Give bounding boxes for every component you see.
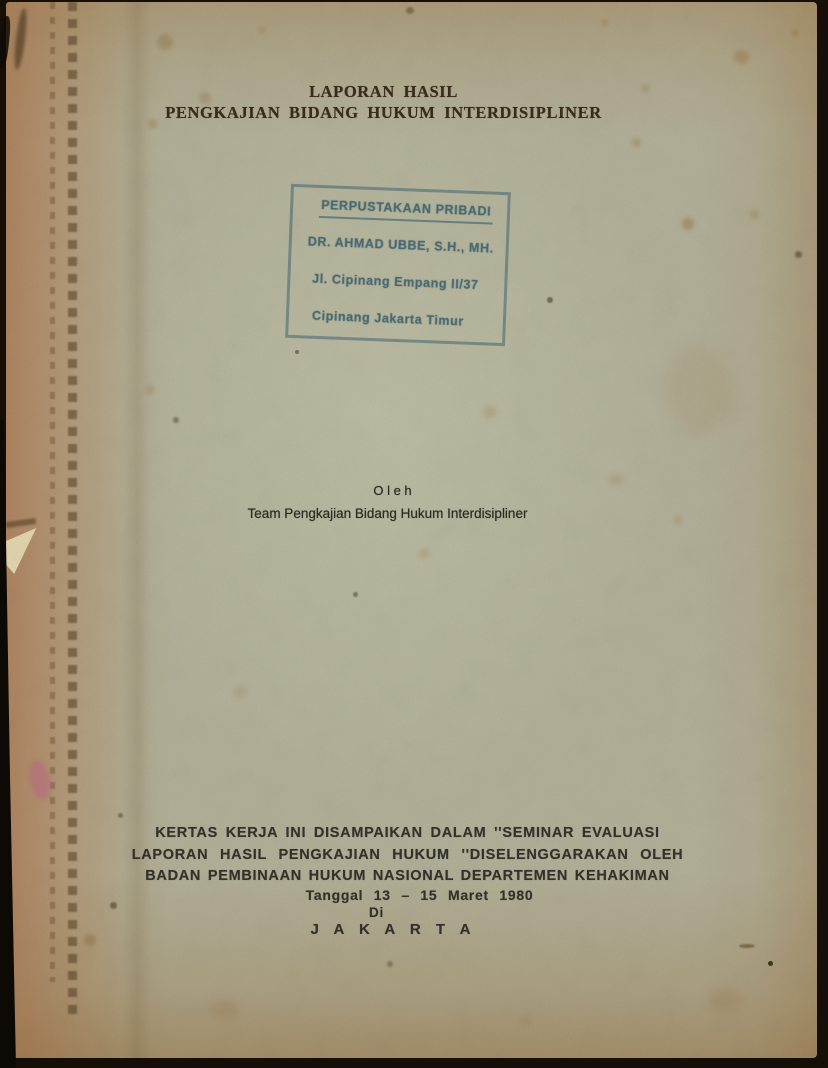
stain	[750, 210, 759, 219]
stain	[768, 961, 773, 966]
stamp-owner-name: DR. AHMAD UBBE, S.H., MH.	[294, 234, 508, 256]
stain	[483, 406, 497, 418]
stain	[795, 251, 802, 258]
stain	[520, 1016, 531, 1025]
stain	[601, 19, 608, 26]
seminar-place-city: J A K A R T A	[6, 921, 798, 938]
stain	[210, 1001, 240, 1019]
stamp-address-street: Jl. Cipinang Empang II/37	[288, 271, 502, 293]
cover-paper: LAPORAN HASIL PENGKAJIAN BIDANG HUKUM IN…	[6, 2, 817, 1058]
page-title-line-1: LAPORAN HASIL	[6, 82, 789, 102]
stain	[734, 50, 749, 64]
stain	[157, 34, 173, 50]
seminar-date-line: Tanggal 13 – 15 Maret 1980	[14, 887, 817, 903]
stain	[708, 989, 743, 1011]
byline-team: Team Pengkajian Bidang Hukum Interdisipl…	[6, 506, 793, 521]
seminar-note-line: BADAN PEMBINAAN HUKUM NASIONAL DEPARTEME…	[6, 868, 813, 884]
stain	[791, 29, 799, 37]
stain	[419, 548, 430, 558]
seminar-place-di: Di	[6, 905, 782, 920]
stain	[353, 592, 358, 597]
stain	[665, 345, 735, 435]
stain	[682, 218, 694, 230]
stain	[547, 297, 553, 303]
library-stamp: PERPUSTAKAAN PRIBADI DR. AHMAD UBBE, S.H…	[285, 184, 511, 346]
stain	[258, 26, 266, 34]
stain	[173, 417, 179, 423]
stain	[739, 944, 755, 948]
stain	[234, 686, 247, 698]
byline-oleh: O l e h	[6, 483, 798, 498]
corner-crease	[12, 8, 28, 71]
stain	[406, 7, 414, 14]
stain	[387, 961, 393, 967]
page-title-line-2: PENGKAJIAN BIDANG HUKUM INTERDISIPLINER	[6, 103, 789, 123]
stamp-address-city: Cipinang Jakarta Timur	[281, 308, 495, 330]
stamp-header: PERPUSTAKAAN PRIBADI	[299, 197, 513, 219]
scanned-book-cover: LAPORAN HASIL PENGKAJIAN BIDANG HUKUM IN…	[0, 0, 828, 1068]
stain	[632, 138, 641, 147]
seminar-note-line: KERTAS KERJA INI DISAMPAIKAN DALAM ''SEM…	[6, 825, 813, 841]
stain	[295, 350, 299, 354]
seminar-note-line: LAPORAN HASIL PENGKAJIAN HUKUM ''DISELEN…	[6, 847, 813, 863]
stamp-header-text: PERPUSTAKAAN PRIBADI	[319, 198, 494, 225]
torn-edge-notch	[6, 528, 38, 574]
